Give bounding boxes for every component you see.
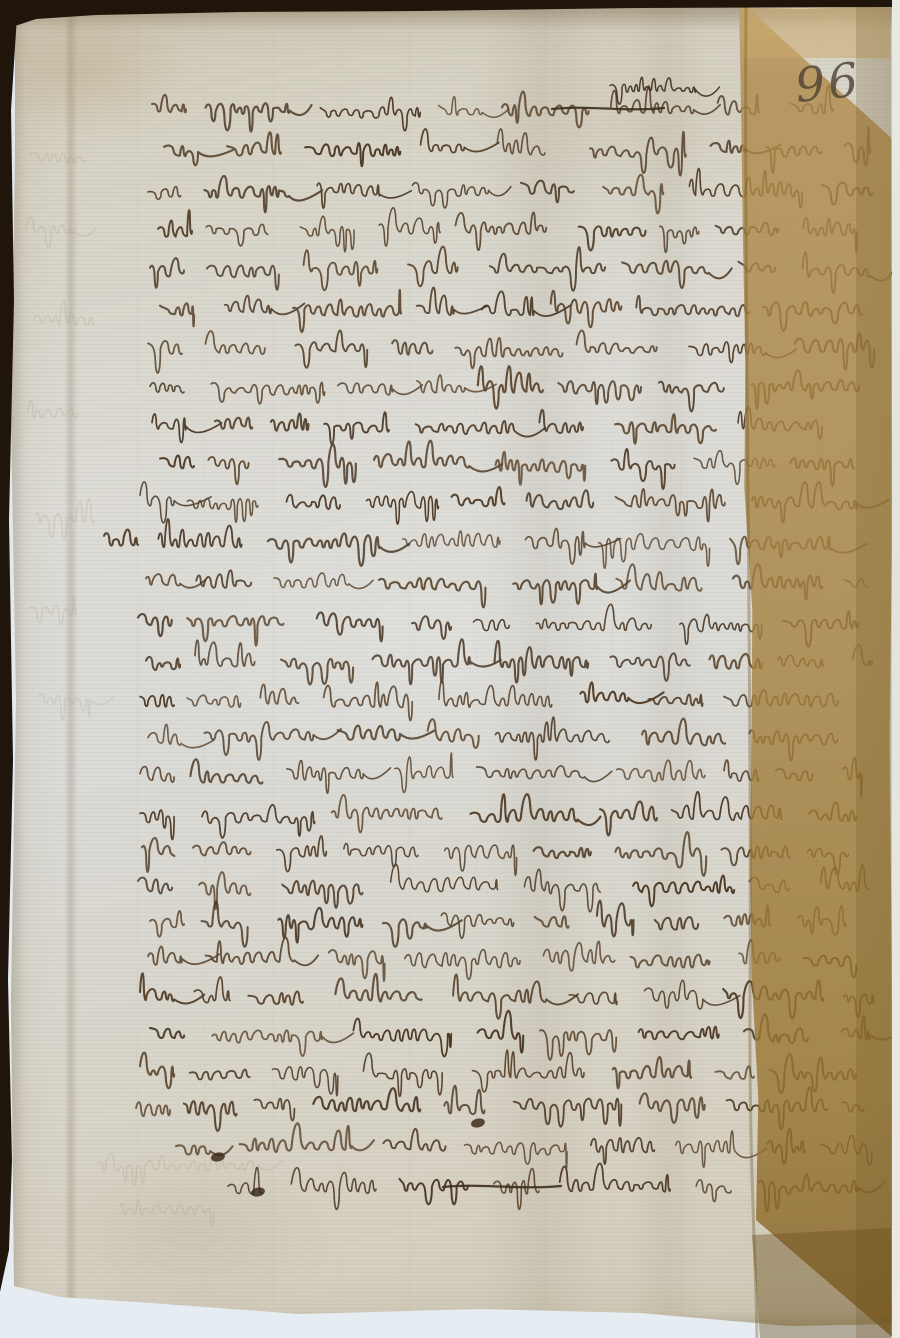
photograph-scene: 96 [0, 0, 900, 1338]
folio-layer: 96 [0, 0, 900, 1338]
folio-number: 96 [792, 52, 863, 114]
